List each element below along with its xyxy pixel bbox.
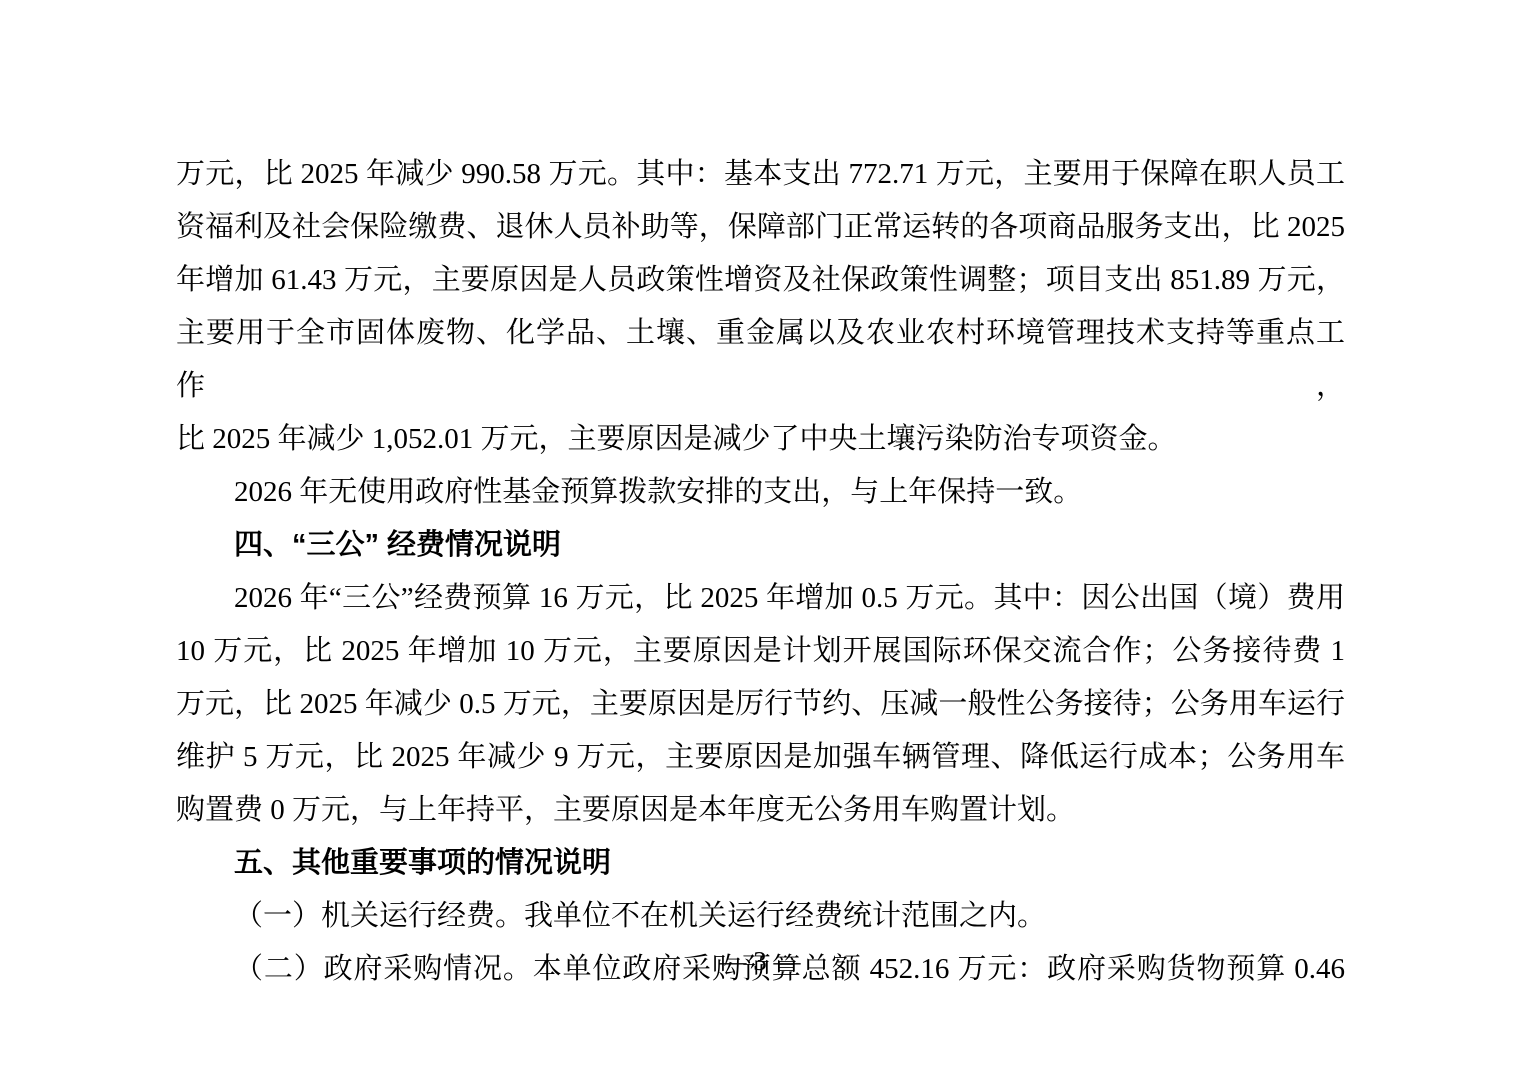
paragraph-line: 万元，比 2025 年减少 0.5 万元，主要原因是厉行节约、压减一般性公务接待… — [176, 678, 1345, 731]
paragraph-line: 2026 年无使用政府性基金预算拨款安排的支出，与上年保持一致。 — [176, 466, 1345, 519]
document-body: 万元，比 2025 年减少 990.58 万元。其中：基本支出 772.71 万… — [176, 148, 1345, 996]
paragraph-line: 万元，比 2025 年减少 990.58 万元。其中：基本支出 772.71 万… — [176, 148, 1345, 201]
paragraph-line: 主要用于全市固体废物、化学品、土壤、重金属以及农业农村环境管理技术支持等重点工作… — [176, 307, 1345, 413]
document-page: 万元，比 2025 年减少 990.58 万元。其中：基本支出 772.71 万… — [0, 0, 1520, 1074]
page-number: — 3 — — [0, 941, 1520, 981]
section-heading-four: 四、“三公” 经费情况说明 — [176, 519, 1345, 572]
paragraph-line: 资福利及社会保险缴费、退休人员补助等，保障部门正常运转的各项商品服务支出，比 2… — [176, 201, 1345, 254]
paragraph-line: （一）机关运行经费。我单位不在机关运行经费统计范围之内。 — [176, 890, 1345, 943]
paragraph-line: 维护 5 万元，比 2025 年减少 9 万元，主要原因是加强车辆管理、降低运行… — [176, 731, 1345, 784]
paragraph-line: 购置费 0 万元，与上年持平，主要原因是本年度无公务用车购置计划。 — [176, 784, 1345, 837]
paragraph-line: 2026 年“三公”经费预算 16 万元，比 2025 年增加 0.5 万元。其… — [176, 572, 1345, 625]
paragraph-line: 比 2025 年减少 1,052.01 万元，主要原因是减少了中央土壤污染防治专… — [176, 413, 1345, 466]
paragraph-line: 年增加 61.43 万元，主要原因是人员政策性增资及社保政策性调整；项目支出 8… — [176, 254, 1345, 307]
paragraph-line: 10 万元，比 2025 年增加 10 万元，主要原因是计划开展国际环保交流合作… — [176, 625, 1345, 678]
section-heading-five: 五、其他重要事项的情况说明 — [176, 837, 1345, 890]
